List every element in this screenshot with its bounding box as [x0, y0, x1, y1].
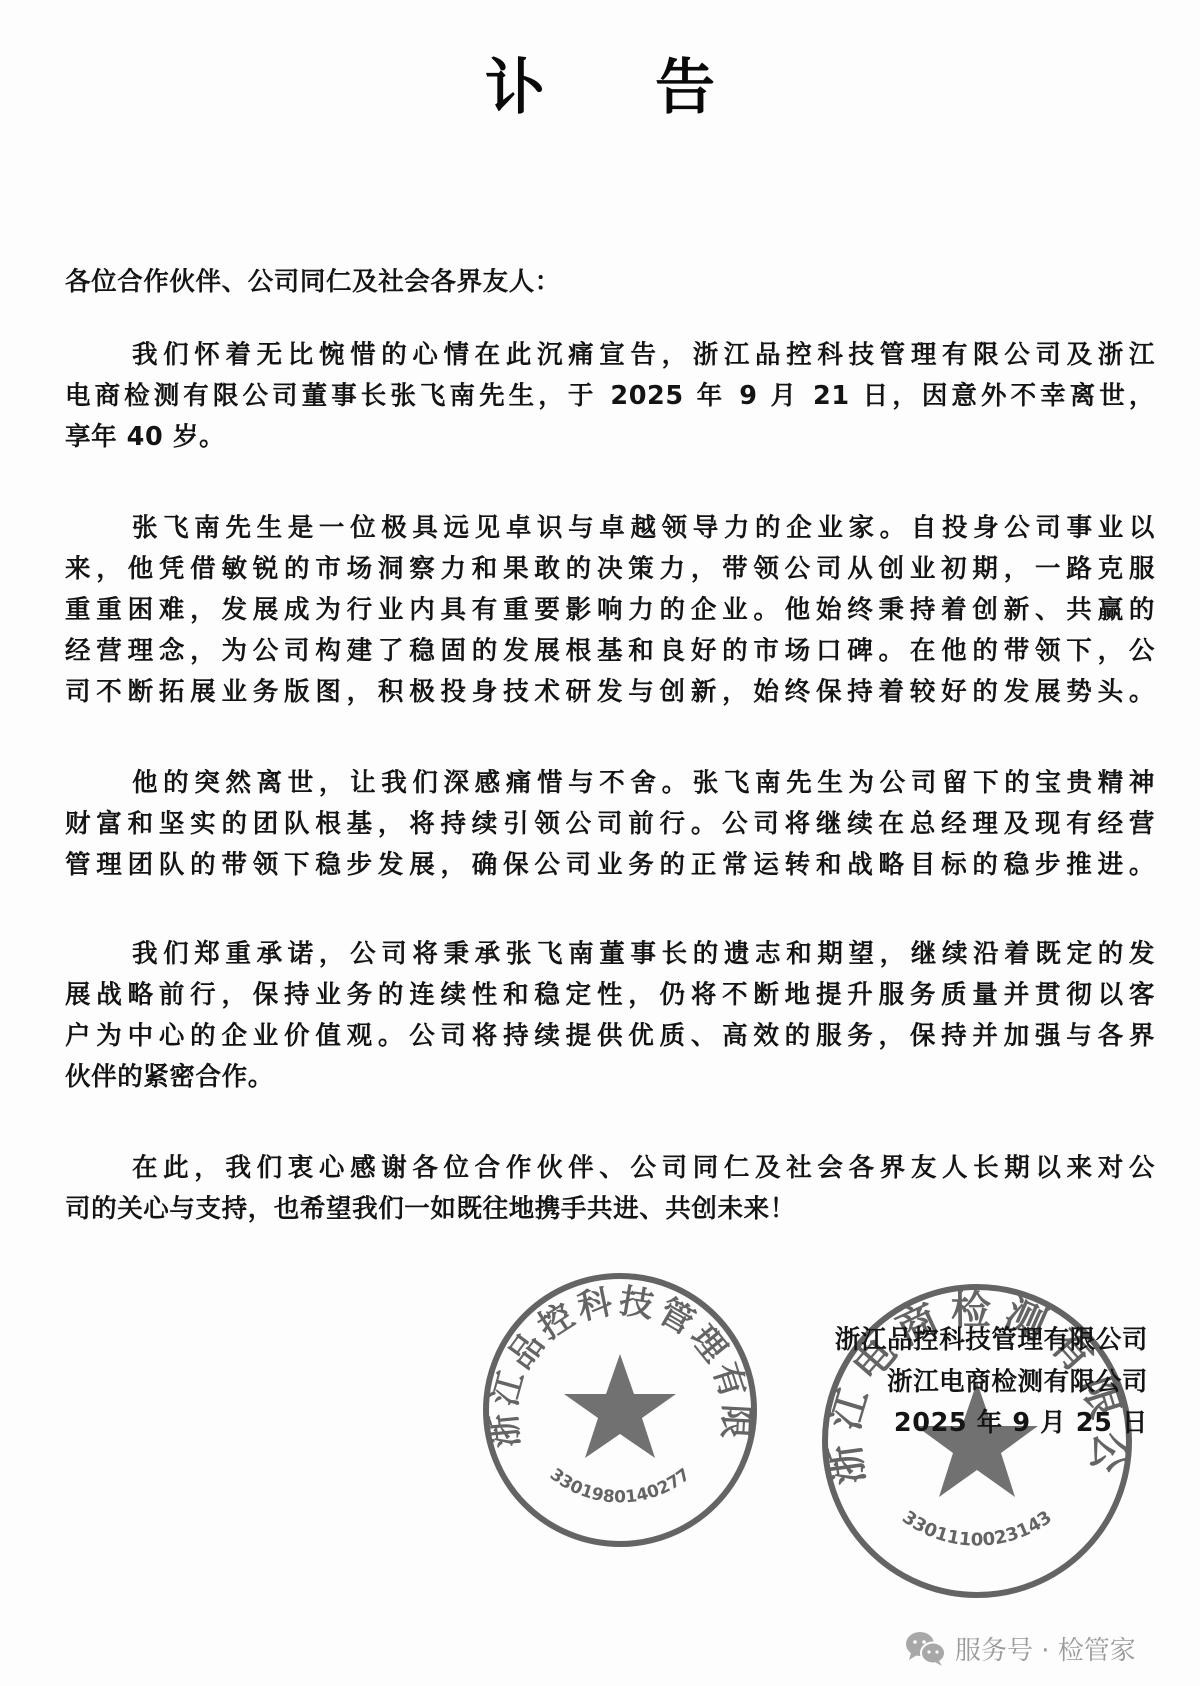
paragraph-4-line-3: 户为中心的企业价值观。公司将持续提供优质、高效的服务，保持并加强与各界 [65, 1021, 1155, 1051]
paragraph-1-line-2: 电商检测有限公司董事长张飞南先生，于 2025 年 9 月 21 日，因意外不幸… [65, 381, 1155, 411]
page-title: 讣告 [0, 40, 1200, 126]
paragraph-5-line-2: 司的关心与支持，也希望我们一如既往地携手共进、共创未来！ [65, 1194, 1155, 1224]
paragraph-1-line-3: 享年 40 岁。 [65, 422, 1155, 452]
paragraph-2-line-1: 张飞南先生是一位极具远见卓识与卓越领导力的企业家。自投身公司事业以 [132, 513, 1155, 543]
svg-text:3301980140277: 3301980140277 [546, 1465, 694, 1508]
paragraph-2-line-4: 经营理念，为公司构建了稳固的发展根基和良好的市场口碑。在他的带领下，公 [65, 636, 1155, 666]
seal-1-code: 3301980140277 [546, 1465, 694, 1508]
paragraph-2-line-3: 重重困难，发展成为行业内具有重要影响力的企业。他始终秉持着创新、共赢的 [65, 595, 1155, 625]
signature-date: 2025 年 9 月 25 日 [894, 1408, 1148, 1438]
salutation: 各位合作伙伴、公司同仁及社会各界友人： [65, 267, 1155, 297]
title-char-2: 告 [655, 40, 715, 126]
paragraph-3-line-2: 财富和坚实的团队根基，将持续引领公司前行。公司将继续在总经理及现有经营 [65, 809, 1155, 839]
paragraph-3-line-3: 管理团队的带领下稳步发展，确保公司业务的正常运转和战略目标的稳步推进。 [65, 850, 1155, 880]
title-char-1: 讣 [485, 40, 545, 126]
seal-2-code: 3301110023143 [898, 1507, 1055, 1551]
star-icon [564, 1354, 676, 1458]
wechat-watermark: 服务号 · 检管家 [905, 1630, 1136, 1667]
wechat-icon [905, 1631, 947, 1667]
signature-company-1: 浙江品控科技管理有限公司 [835, 1325, 1148, 1355]
company-seal-1: 浙江品控科技管理有限公司 3301980140277 [478, 1268, 762, 1552]
svg-text:3301110023143: 3301110023143 [898, 1507, 1055, 1551]
paragraph-3-line-1: 他的突然离世，让我们深感痛惜与不舍。张飞南先生为公司留下的宝贵精神 [132, 768, 1155, 798]
paragraph-5-line-1: 在此，我们衷心感谢各位合作伙伴、公司同仁及社会各界友人长期以来对公 [132, 1153, 1155, 1183]
watermark-text: 服务号 · 检管家 [955, 1630, 1136, 1667]
paragraph-1-line-1: 我们怀着无比惋惜的心情在此沉痛宣告，浙江品控科技管理有限公司及浙江 [132, 340, 1155, 370]
signature-company-2: 浙江电商检测有限公司 [887, 1367, 1148, 1397]
paragraph-4-line-1: 我们郑重承诺，公司将秉承张飞南董事长的遗志和期望，继续沿着既定的发 [132, 939, 1155, 969]
star-icon [916, 1382, 1038, 1497]
paragraph-4-line-2: 展战略前行，保持业务的连续性和稳定性，仍将不断地提升服务质量并贯彻以客 [65, 980, 1155, 1010]
paragraph-2-line-2: 来，他凭借敏锐的市场洞察力和果敢的决策力，带领公司从创业初期，一路克服 [65, 554, 1155, 584]
paragraph-2-line-5: 司不断拓展业务版图，积极投身技术研发与创新，始终保持着较好的发展势头。 [65, 677, 1155, 707]
document-page: 讣告 各位合作伙伴、公司同仁及社会各界友人： 我们怀着无比惋惜的心情在此沉痛宣告… [0, 0, 1200, 1686]
paragraph-4-line-4: 伙伴的紧密合作。 [65, 1062, 1155, 1092]
